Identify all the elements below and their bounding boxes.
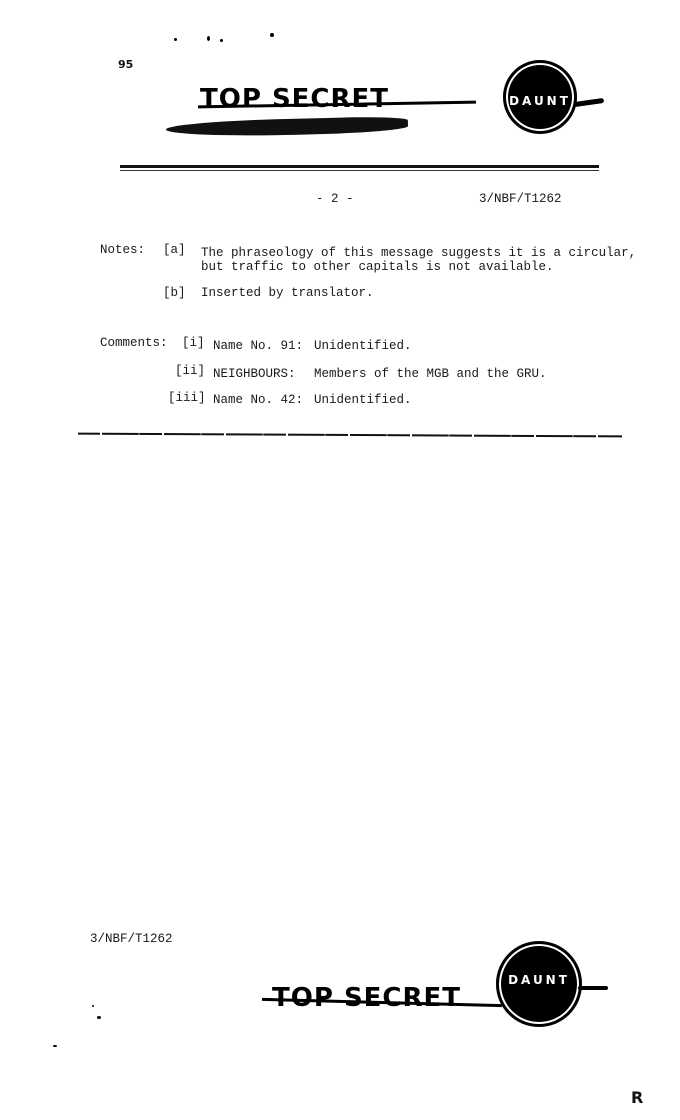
header-rule [120,165,599,168]
corner-mark: R [631,1088,643,1107]
comment-definition: Members of the MGB and the GRU. [314,367,547,381]
page-marker: - 2 - [316,192,354,206]
note-marker: [b] [163,286,186,300]
comment-definition: Unidentified. [314,393,412,407]
comment-term: Name No. 42: [213,393,303,407]
document-reference: 3/NBF/T1262 [479,192,562,206]
codeword-seal-bottom: DAUNT [496,941,582,1027]
speck [97,1016,101,1019]
note-text: The phraseology of this message suggests… [201,246,636,260]
comment-marker: [ii] [175,364,205,378]
comment-marker: [iii] [168,391,206,405]
note-text: Inserted by translator. [201,286,374,300]
note-marker: [a] [163,243,186,257]
speck [270,33,274,37]
seal-tail [578,986,608,990]
redaction-bar [166,116,408,138]
seal-tail [574,98,604,107]
comment-term: Name No. 91: [213,339,303,353]
page-number: 95 [118,58,133,71]
note-text: but traffic to other capitals is not ava… [201,260,554,274]
speck [207,36,210,41]
codeword-label: DAUNT [509,94,571,108]
comment-term: NEIGHBOURS: [213,367,296,381]
comment-definition: Unidentified. [314,339,412,353]
comments-label: Comments: [100,336,168,350]
speck [92,1005,94,1007]
speck [220,39,223,42]
comment-marker: [i] [182,336,205,350]
speck [53,1045,57,1047]
codeword-seal-top: DAUNT [503,60,577,134]
footer-reference: 3/NBF/T1262 [90,932,173,946]
speck [174,38,177,41]
classification-stamp-top: TOP SECRET [200,84,389,114]
notes-label: Notes: [100,243,145,257]
section-divider [78,433,622,438]
codeword-label: DAUNT [508,973,570,987]
header-rule-thin [120,170,599,171]
